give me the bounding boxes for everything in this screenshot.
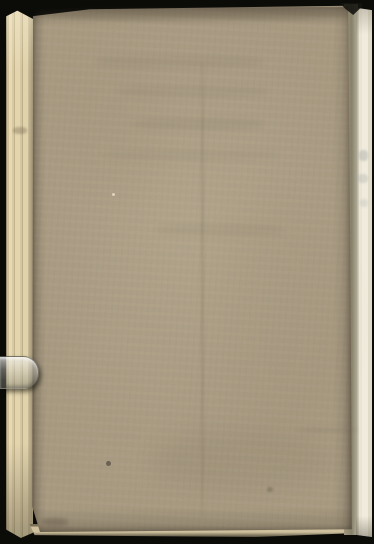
book-scan-frame (0, 0, 374, 544)
next-page-fore-edge (356, 8, 372, 537)
paper-grain-texture (30, 5, 352, 533)
page-holder-clip (0, 356, 39, 389)
blank-book-page (30, 5, 352, 533)
binding-page-edges (6, 9, 33, 538)
